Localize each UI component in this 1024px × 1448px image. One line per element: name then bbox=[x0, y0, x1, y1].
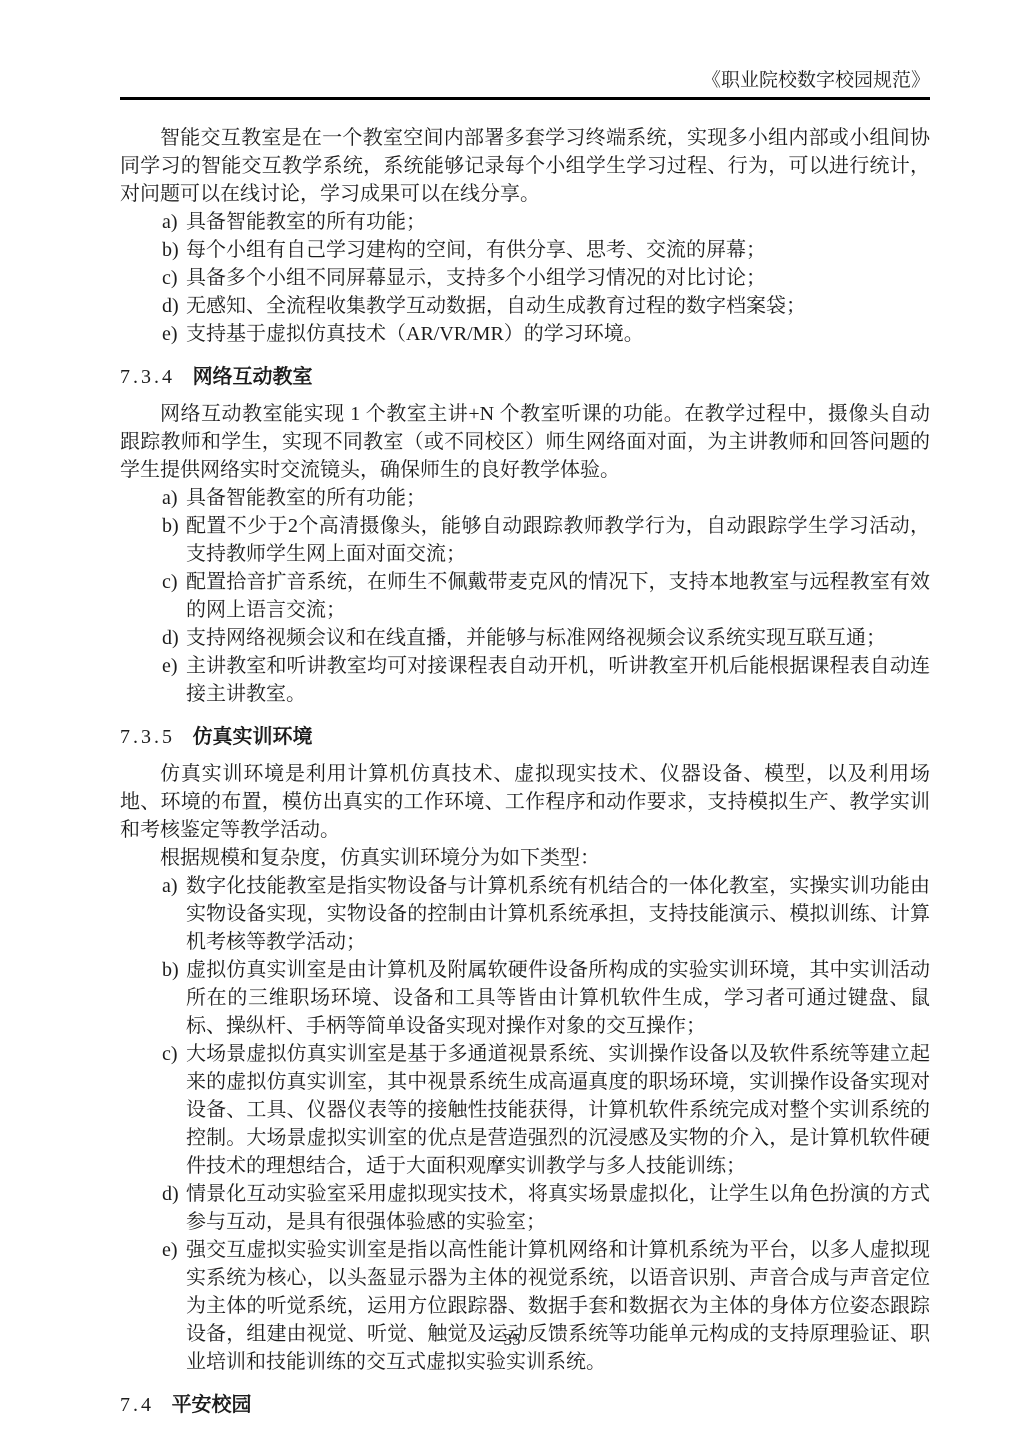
list-marker: e) bbox=[162, 652, 186, 680]
page-header: 《职业院校数字校园规范》 bbox=[120, 0, 930, 100]
list-item: c) 大场景虚拟仿真实训室是基于多通道视景系统、实训操作设备以及软件系统等建立起… bbox=[162, 1040, 930, 1180]
list-marker: c) bbox=[162, 1040, 186, 1068]
page-content: 智能交互教室是在一个教室空间内部署多套学习终端系统，实现多小组内部或小组间协同学… bbox=[120, 124, 930, 1418]
section-heading-7-4: 7.4 平安校园 bbox=[120, 1392, 930, 1418]
list-marker: d) bbox=[162, 292, 186, 320]
list-item: a) 具备智能教室的所有功能； bbox=[162, 484, 930, 512]
list-marker: e) bbox=[162, 320, 186, 348]
paragraph-network-interactive-classroom: 网络互动教室能实现 1 个教室主讲+N 个教室听课的功能。在教学过程中，摄像头自… bbox=[120, 400, 930, 484]
page-footer: 35 bbox=[0, 1330, 1024, 1350]
running-header-title: 《职业院校数字校园规范》 bbox=[120, 70, 930, 100]
paragraph-smart-interactive-classroom: 智能交互教室是在一个教室空间内部署多套学习终端系统，实现多小组内部或小组间协同学… bbox=[120, 124, 930, 208]
list-item: e) 强交互虚拟实验实训室是指以高性能计算机网络和计算机系统为平台，以多人虚拟现… bbox=[162, 1236, 930, 1376]
list-marker: b) bbox=[162, 512, 186, 540]
list-marker: a) bbox=[162, 872, 186, 900]
section-heading-7-3-4: 7.3.4 网络互动教室 bbox=[120, 364, 930, 390]
list-item-text: 支持基于虚拟仿真技术（AR/VR/MR）的学习环境。 bbox=[186, 320, 930, 348]
list-item-text: 具备多个小组不同屏幕显示，支持多个小组学习情况的对比讨论； bbox=[186, 264, 930, 292]
section-number: 7.3.5 bbox=[120, 726, 175, 748]
section-number: 7.4 bbox=[120, 1394, 154, 1416]
list-smart-interactive-classroom: a) 具备智能教室的所有功能； b) 每个小组有自己学习建构的空间，有供分享、思… bbox=[162, 208, 930, 348]
section-heading-7-3-5: 7.3.5 仿真实训环境 bbox=[120, 724, 930, 750]
page-number: 35 bbox=[0, 1330, 1024, 1350]
list-item-text: 数字化技能教室是指实物设备与计算机系统有机结合的一体化教室，实操实训功能由实物设… bbox=[186, 872, 930, 956]
section-title: 平安校园 bbox=[172, 1394, 252, 1416]
list-item: d) 无感知、全流程收集教学互动数据，自动生成教育过程的数字档案袋； bbox=[162, 292, 930, 320]
list-item-text: 大场景虚拟仿真实训室是基于多通道视景系统、实训操作设备以及软件系统等建立起来的虚… bbox=[186, 1040, 930, 1180]
list-item: a) 数字化技能教室是指实物设备与计算机系统有机结合的一体化教室，实操实训功能由… bbox=[162, 872, 930, 956]
list-item-text: 虚拟仿真实训室是由计算机及附属软硬件设备所构成的实验实训环境，其中实训活动所在的… bbox=[186, 956, 930, 1040]
paragraph-simulation-types-lead-in: 根据规模和复杂度，仿真实训环境分为如下类型： bbox=[120, 844, 930, 872]
list-marker: c) bbox=[162, 264, 186, 292]
list-item-text: 配置不少于2个高清摄像头，能够自动跟踪教师教学行为，自动跟踪学生学习活动，支持教… bbox=[186, 512, 930, 568]
list-item-text: 具备智能教室的所有功能； bbox=[186, 484, 930, 512]
paragraph-simulation-training-env: 仿真实训环境是利用计算机仿真技术、虚拟现实技术、仪器设备、模型，以及利用场地、环… bbox=[120, 760, 930, 844]
list-item-text: 无感知、全流程收集教学互动数据，自动生成教育过程的数字档案袋； bbox=[186, 292, 930, 320]
list-marker: c) bbox=[162, 568, 186, 596]
list-item-text: 情景化互动实验室采用虚拟现实技术，将真实场景虚拟化，让学生以角色扮演的方式参与互… bbox=[186, 1180, 930, 1236]
list-network-interactive-classroom: a) 具备智能教室的所有功能； b) 配置不少于2个高清摄像头，能够自动跟踪教师… bbox=[162, 484, 930, 708]
list-item: c) 具备多个小组不同屏幕显示，支持多个小组学习情况的对比讨论； bbox=[162, 264, 930, 292]
list-item-text: 具备智能教室的所有功能； bbox=[186, 208, 930, 236]
list-item: b) 虚拟仿真实训室是由计算机及附属软硬件设备所构成的实验实训环境，其中实训活动… bbox=[162, 956, 930, 1040]
list-item: c) 配置拾音扩音系统，在师生不佩戴带麦克风的情况下，支持本地教室与远程教室有效… bbox=[162, 568, 930, 624]
list-marker: a) bbox=[162, 484, 186, 512]
list-item: d) 支持网络视频会议和在线直播，并能够与标准网络视频会议系统实现互联互通； bbox=[162, 624, 930, 652]
list-marker: a) bbox=[162, 208, 186, 236]
list-item: b) 每个小组有自己学习建构的空间，有供分享、思考、交流的屏幕； bbox=[162, 236, 930, 264]
list-item: e) 主讲教室和听讲教室均可对接课程表自动开机，听讲教室开机后能根据课程表自动连… bbox=[162, 652, 930, 708]
list-item: b) 配置不少于2个高清摄像头，能够自动跟踪教师教学行为，自动跟踪学生学习活动，… bbox=[162, 512, 930, 568]
list-marker: d) bbox=[162, 624, 186, 652]
list-item-text: 支持网络视频会议和在线直播，并能够与标准网络视频会议系统实现互联互通； bbox=[186, 624, 930, 652]
list-marker: d) bbox=[162, 1180, 186, 1208]
list-marker: b) bbox=[162, 236, 186, 264]
list-item-text: 强交互虚拟实验实训室是指以高性能计算机网络和计算机系统为平台，以多人虚拟现实系统… bbox=[186, 1236, 930, 1376]
list-item: a) 具备智能教室的所有功能； bbox=[162, 208, 930, 236]
section-title: 网络互动教室 bbox=[193, 366, 313, 388]
list-item-text: 配置拾音扩音系统，在师生不佩戴带麦克风的情况下，支持本地教室与远程教室有效的网上… bbox=[186, 568, 930, 624]
section-title: 仿真实训环境 bbox=[193, 726, 313, 748]
list-item: e) 支持基于虚拟仿真技术（AR/VR/MR）的学习环境。 bbox=[162, 320, 930, 348]
list-item-text: 每个小组有自己学习建构的空间，有供分享、思考、交流的屏幕； bbox=[186, 236, 930, 264]
list-marker: b) bbox=[162, 956, 186, 984]
list-simulation-training-types: a) 数字化技能教室是指实物设备与计算机系统有机结合的一体化教室，实操实训功能由… bbox=[162, 872, 930, 1376]
list-item-text: 主讲教室和听讲教室均可对接课程表自动开机，听讲教室开机后能根据课程表自动连接主讲… bbox=[186, 652, 930, 708]
section-number: 7.3.4 bbox=[120, 366, 175, 388]
page-body: 《职业院校数字校园规范》 智能交互教室是在一个教室空间内部署多套学习终端系统，实… bbox=[120, 0, 930, 1418]
list-item: d) 情景化互动实验室采用虚拟现实技术，将真实场景虚拟化，让学生以角色扮演的方式… bbox=[162, 1180, 930, 1236]
list-marker: e) bbox=[162, 1236, 186, 1264]
document-page: 《职业院校数字校园规范》 智能交互教室是在一个教室空间内部署多套学习终端系统，实… bbox=[0, 0, 1024, 1448]
